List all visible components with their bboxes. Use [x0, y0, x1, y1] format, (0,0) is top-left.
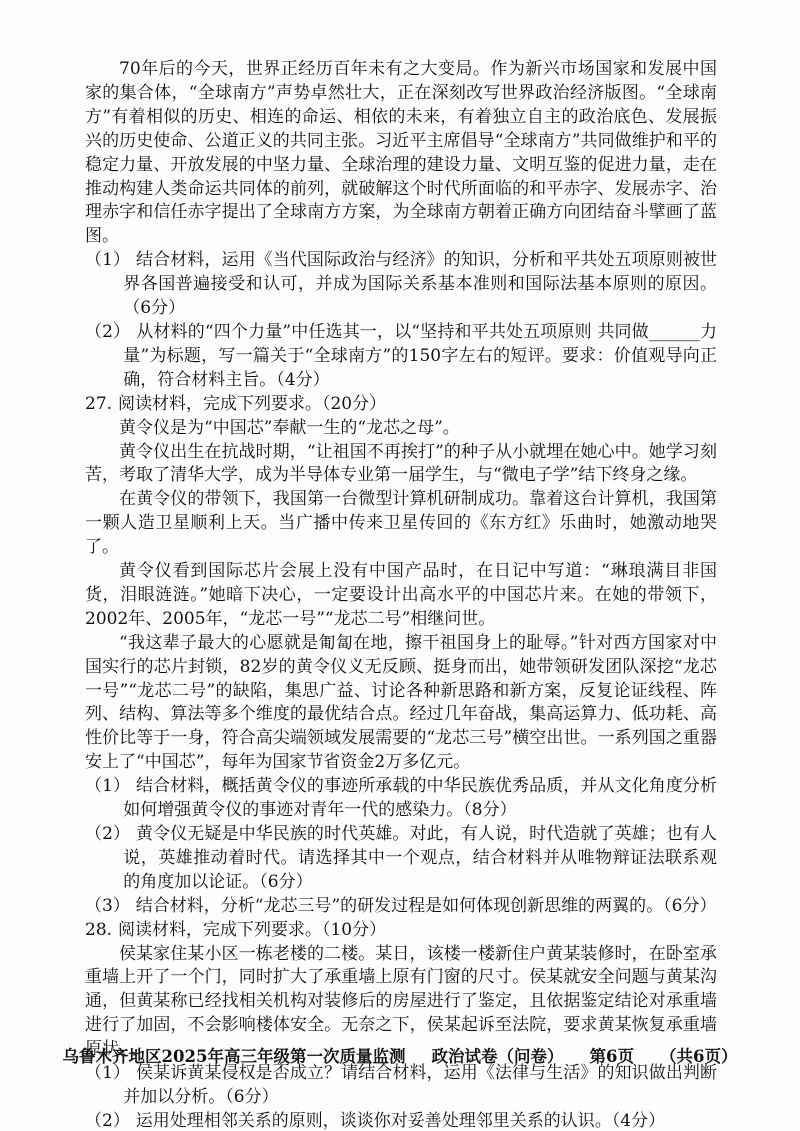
q27-item-3-marker: （3）	[85, 896, 130, 916]
q27-item-2: （2）黄令仪无疑是中华民族的时代英雄。对此，有人说，时代造就了英雄；也有人说，英…	[85, 823, 717, 895]
q27-material-paragraph-3: 在黄令仪的带领下，我国第一台微型计算机研制成功。靠着这台计算机，我国第一颗人造卫…	[85, 488, 717, 560]
q27-item-1-marker: （1）	[85, 776, 130, 796]
q26-item-2-marker: （2）	[85, 322, 130, 342]
q28-header: 28.阅读材料，完成下列要求。（10分）	[85, 919, 717, 943]
q27-material-paragraph-5: “我这辈子最大的心愿就是匍匐在地，擦干祖国身上的耻辱。”针对西方国家对中国实行的…	[85, 632, 717, 775]
q28-number: 28.	[85, 920, 112, 940]
q28-item-2-text: 运用处理相邻关系的原则，谈谈你对妥善处理邻里关系的认识。（4分）	[136, 1111, 665, 1131]
q26-item-2-text: 从材料的“四个力量”中任选其一，以“坚持和平共处五项原则 共同做______力量…	[123, 322, 717, 390]
footer-page-total: （共6页）	[660, 1047, 737, 1066]
q27-header: 27.阅读材料，完成下列要求。（20分）	[85, 393, 717, 417]
q27-item-1: （1）结合材料，概括黄令仪的事迹所承载的中华民族优秀品质，并从文化角度分析如何增…	[85, 775, 717, 823]
q27-item-3: （3）结合材料，分析“龙芯三号”的研发过程是如何体现创新思维的两翼的。（6分）	[85, 895, 717, 919]
q27-item-3-text: 结合材料，分析“龙芯三号”的研发过程是如何体现创新思维的两翼的。（6分）	[136, 896, 717, 916]
q28-header-text: 阅读材料，完成下列要求。（10分）	[118, 920, 386, 940]
q26-item-2: （2）从材料的“四个力量”中任选其一，以“坚持和平共处五项原则 共同做_____…	[85, 321, 717, 393]
q27-item-2-text: 黄令仪无疑是中华民族的时代英雄。对此，有人说，时代造就了英雄；也有人说，英雄推动…	[123, 824, 717, 892]
exam-paper-page: 70年后的今天，世界正经历百年未有之大变局。作为新兴市场国家和发展中国家的集合体…	[0, 0, 800, 1131]
q27-item-2-marker: （2）	[85, 824, 130, 844]
q27-material-paragraph-1: 黄令仪是为“中国芯”奉献一生的“龙芯之母”。	[85, 417, 717, 441]
q26-material-paragraph: 70年后的今天，世界正经历百年未有之大变局。作为新兴市场国家和发展中国家的集合体…	[85, 58, 717, 249]
q27-header-text: 阅读材料，完成下列要求。（20分）	[118, 394, 386, 414]
footer-exam-title: 乌鲁木齐地区2025年高三年级第一次质量监测	[63, 1047, 406, 1066]
q28-item-2-marker: （2）	[85, 1111, 130, 1131]
page-footer: 乌鲁木齐地区2025年高三年级第一次质量监测政治试卷（问卷）第6页（共6页）	[0, 1043, 800, 1067]
footer-page-number: 第6页	[589, 1047, 633, 1066]
q27-material-paragraph-2: 黄令仪出生在抗战时期，“让祖国不再挨打”的种子从小就埋在她心中。她学习刻苦，考取…	[85, 441, 717, 489]
q27-item-1-text: 结合材料，概括黄令仪的事迹所承载的中华民族优秀品质，并从文化角度分析如何增强黄令…	[123, 776, 717, 820]
exam-body: 70年后的今天，世界正经历百年未有之大变局。作为新兴市场国家和发展中国家的集合体…	[85, 58, 717, 1131]
q27-number: 27.	[85, 394, 112, 414]
q28-item-2: （2）运用处理相邻关系的原则，谈谈你对妥善处理邻里关系的认识。（4分）	[85, 1110, 717, 1131]
q27-material-paragraph-4: 黄令仪看到国际芯片会展上没有中国产品时，在日记中写道：“琳琅满目非国货，泪眼涟涟…	[85, 560, 717, 632]
q28-item-1: （1）侯某诉黄某侵权是否成立？请结合材料，运用《法律与生活》的知识做出判断并加以…	[85, 1062, 717, 1110]
q28-item-1-text: 侯某诉黄某侵权是否成立？请结合材料，运用《法律与生活》的知识做出判断并加以分析。…	[123, 1063, 717, 1107]
q26-item-1-text: 结合材料，运用《当代国际政治与经济》的知识，分析和平共处五项原则被世界各国普遍接…	[123, 250, 717, 318]
q26-item-1-marker: （1）	[85, 250, 130, 270]
footer-paper-name: 政治试卷（问卷）	[431, 1047, 563, 1066]
q26-item-1: （1）结合材料，运用《当代国际政治与经济》的知识，分析和平共处五项原则被世界各国…	[85, 249, 717, 321]
